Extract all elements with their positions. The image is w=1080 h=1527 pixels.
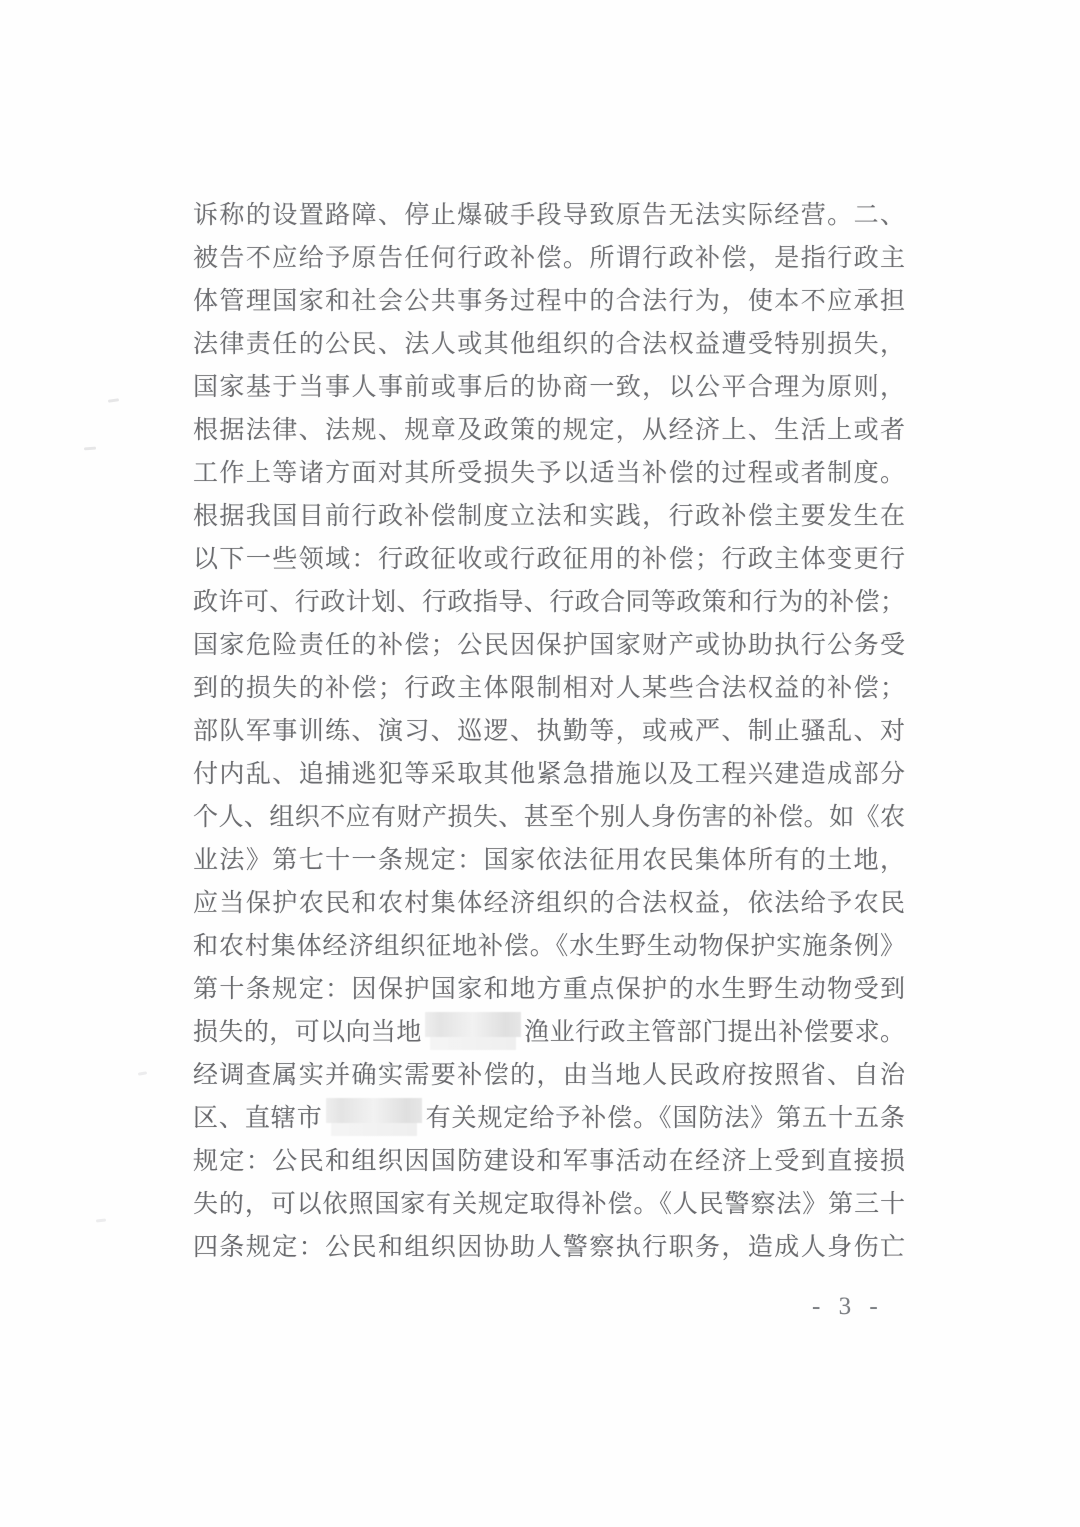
text-line: 付内乱、追捕逃犯等采取其他紧急措施以及工程兴建造成部分 [193, 753, 905, 796]
page-number: - 3 - [812, 1292, 884, 1322]
redacted-region [326, 1098, 422, 1136]
text-line: 业法》第七十一条规定：国家依法征用农民集体所有的土地， [193, 839, 905, 882]
redacted-region [425, 1012, 521, 1050]
text-line: 应当保护农民和农村集体经济组织的合法权益，依法给予农民 [193, 882, 905, 925]
scan-artifact [138, 1071, 147, 1076]
text-line: 以下一些领域：行政征收或行政征用的补偿；行政主体变更行 [193, 538, 905, 581]
text-line: 和农村集体经济组织征地补偿。《水生野生动物保护实施条例》 [193, 925, 905, 968]
text-line: 政许可、行政计划、行政指导、行政合同等政策和行为的补偿； [193, 581, 905, 624]
document-text-block: 诉称的设置路障、停止爆破手段导致原告无法实际经营。二、 被告不应给予原告任何行政… [193, 194, 905, 1269]
text-line: 体管理国家和社会公共事务过程中的合法行为，使本不应承担 [193, 280, 905, 323]
text-line: 到的损失的补偿；行政主体限制相对人某些合法权益的补偿； [193, 667, 905, 710]
text-segment: 有关规定给予补偿。《国防法》第五十五条 [425, 1105, 905, 1132]
text-line: 规定：公民和组织因国防建设和军事活动在经济上受到直接损 [193, 1140, 905, 1183]
text-line: 根据我国目前行政补偿制度立法和实践，行政补偿主要发生在 [193, 495, 905, 538]
text-line: 个人、组织不应有财产损失、甚至个别人身伤害的补偿。如《农 [193, 796, 905, 839]
text-line: 第十条规定：因保护国家和地方重点保护的水生野生动物受到 [193, 968, 905, 1011]
text-line: 工作上等诸方面对其所受损失予以适当补偿的过程或者制度。 [193, 452, 905, 495]
text-segment: 渔业行政主管部门提出补偿要求。 [524, 1019, 905, 1046]
text-line: 经调查属实并确实需要补偿的，由当地人民政府按照省、自治 [193, 1054, 905, 1097]
text-line: 被告不应给予原告任何行政补偿。所谓行政补偿，是指行政主 [193, 237, 905, 280]
text-line: 根据法律、法规、规章及政策的规定，从经济上、生活上或者 [193, 409, 905, 452]
scan-artifact [108, 398, 119, 403]
text-line: 法律责任的公民、法人或其他组织的合法权益遭受特别损失， [193, 323, 905, 366]
scanned-document-page: 诉称的设置路障、停止爆破手段导致原告无法实际经营。二、 被告不应给予原告任何行政… [0, 0, 1080, 1527]
text-segment: 损失的，可以向当地 [193, 1019, 422, 1046]
text-line: 国家基于当事人事前或事后的协商一致，以公平合理为原则， [193, 366, 905, 409]
text-line: 四条规定：公民和组织因协助人警察执行职务，造成人身伤亡 [193, 1226, 905, 1269]
text-line-with-redaction: 损失的，可以向当地渔业行政主管部门提出补偿要求。 [193, 1011, 905, 1054]
text-segment: 区、直辖市 [193, 1105, 323, 1132]
text-line: 诉称的设置路障、停止爆破手段导致原告无法实际经营。二、 [193, 194, 905, 237]
text-line: 部队军事训练、演习、巡逻、执勤等，或戒严、制止骚乱、对 [193, 710, 905, 753]
scan-artifact [96, 1218, 106, 1222]
text-line-with-redaction: 区、直辖市有关规定给予补偿。《国防法》第五十五条 [193, 1097, 905, 1140]
text-line: 国家危险责任的补偿；公民因保护国家财产或协助执行公务受 [193, 624, 905, 667]
text-line: 失的，可以依照国家有关规定取得补偿。《人民警察法》第三十 [193, 1183, 905, 1226]
scan-artifact [84, 447, 96, 451]
